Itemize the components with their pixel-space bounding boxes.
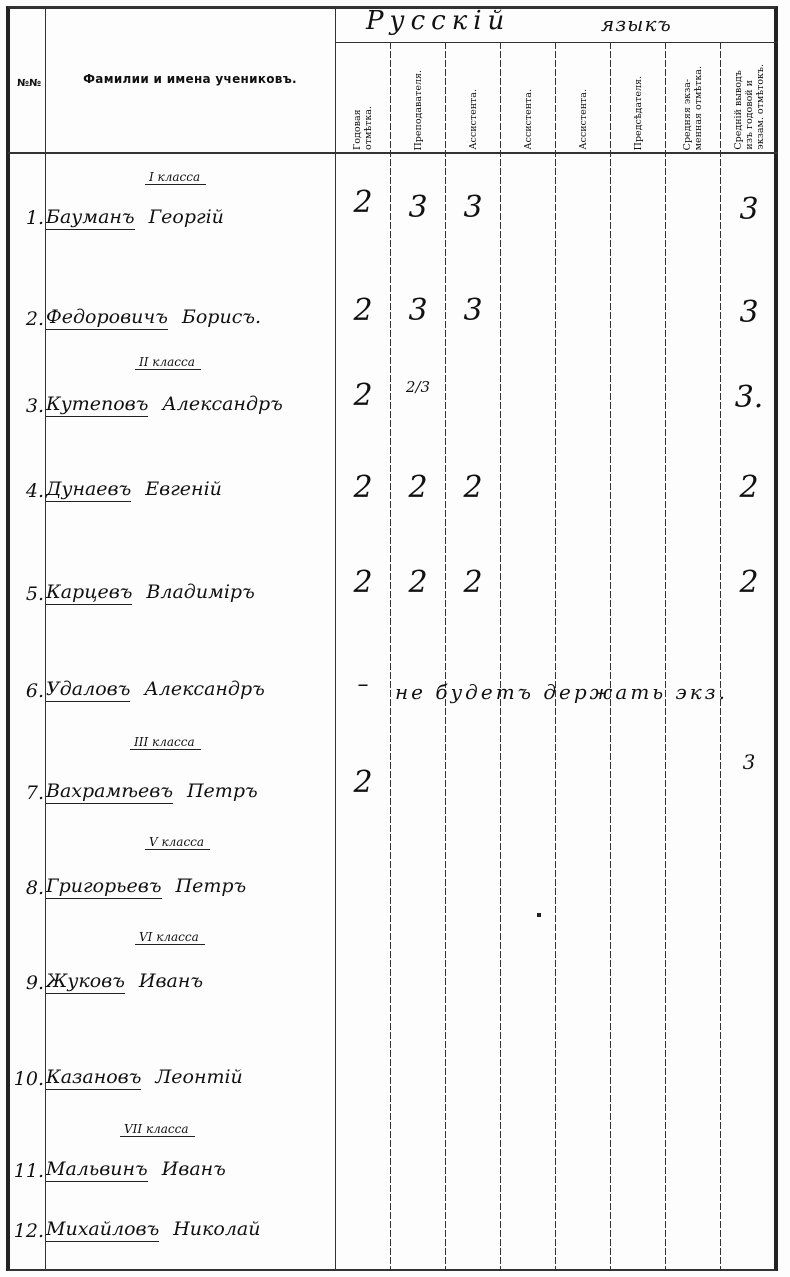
surname: Казановъ: [46, 1066, 141, 1090]
student-name: КарцевъВладиміръ: [46, 581, 255, 603]
grade-annual: –: [336, 672, 390, 697]
class-heading: V класса: [145, 835, 210, 850]
column-divider: [390, 42, 391, 1271]
grade-teacher-fraction: 2/3: [391, 380, 445, 394]
surname: Кутеповъ: [46, 393, 148, 417]
header-assistant-1: Ассистента.: [446, 44, 500, 150]
grade-final: 3: [722, 295, 776, 330]
student-name: ДунаевъЕвгеній: [46, 478, 222, 500]
student-name: БауманъГеоргій: [46, 206, 224, 228]
surname: Дунаевъ: [46, 478, 131, 502]
grade-annual: 2: [336, 765, 390, 800]
grade-annual: 2: [336, 378, 390, 413]
header-label: Ассистента.: [578, 89, 589, 150]
row-number: 4.: [10, 480, 44, 502]
class-heading: VI класса: [135, 930, 205, 945]
header-number-column: №№: [12, 78, 46, 89]
grade-teacher: 3: [391, 293, 445, 328]
surname: Григорьевъ: [46, 875, 162, 899]
header-label: Преподавателя.: [413, 70, 424, 151]
grade-annual: 2: [336, 293, 390, 328]
row-number: 11.: [10, 1160, 44, 1182]
surname: Бауманъ: [46, 206, 135, 230]
surname: Карцевъ: [46, 581, 132, 605]
row-number: 9.: [10, 972, 44, 994]
header-bottom-rule: [8, 152, 778, 154]
subject-title: Русскій языкъ: [336, 6, 778, 42]
row-number: 3.: [10, 395, 44, 417]
column-divider: [665, 42, 666, 1271]
row-number: 2.: [10, 308, 44, 330]
first-name: Владиміръ: [146, 581, 254, 603]
header-label: Среднiй выводъ изъ годовой и экзам. отмѣ…: [733, 64, 766, 150]
surname: Федоровичъ: [46, 306, 168, 330]
subject-word-2: языкъ: [601, 12, 672, 36]
header-label: Предсѣдателя.: [633, 76, 644, 150]
header-teacher: Преподавателя.: [391, 44, 445, 150]
student-name: КазановъЛеонтій: [46, 1066, 243, 1088]
grade-register-page: №№ Фамилии и имена учениковъ. Русскій яз…: [0, 0, 790, 1277]
grade-final: 3: [722, 192, 776, 227]
grade-annual: 2: [336, 565, 390, 600]
row-number: 10.: [10, 1068, 44, 1090]
subject-word-1: Русскій: [366, 6, 510, 36]
student-name: ВахрамѣевъПетръ: [46, 780, 258, 802]
subject-row-divider: [336, 42, 778, 43]
header-label: Средняя экза- менная отмѣтка.: [682, 66, 704, 150]
row-number: 1.: [10, 207, 44, 229]
row-number: 7.: [10, 782, 44, 804]
header-names-column: Фамилии и имена учениковъ.: [45, 72, 335, 86]
first-name: Александръ: [162, 393, 282, 415]
row-number: 8.: [10, 877, 44, 899]
grade-teacher: 2: [391, 565, 445, 600]
first-name: Иванъ: [139, 970, 203, 992]
student-name: ЖуковъИванъ: [46, 970, 203, 992]
first-name: Евгеній: [145, 478, 222, 500]
class-heading: III класса: [130, 735, 201, 750]
grade-assistant: 3: [446, 293, 500, 328]
column-divider: [610, 42, 611, 1271]
column-divider: [445, 42, 446, 1271]
grade-final: 3: [722, 750, 776, 774]
student-name: УдаловъАлександръ: [46, 678, 265, 700]
student-name: МихайловъНиколай: [46, 1218, 261, 1240]
first-name: Георгій: [149, 206, 224, 228]
class-heading: I класса: [145, 170, 206, 185]
student-name: ФедоровичъБорисъ.: [46, 306, 261, 328]
grade-assistant: 2: [446, 470, 500, 505]
header-label: Ассистента.: [523, 89, 534, 150]
header-assistant-3: Ассистента.: [556, 44, 610, 150]
header-assistant-2: Ассистента.: [501, 44, 555, 150]
column-divider: [500, 42, 501, 1271]
surname: Жуковъ: [46, 970, 125, 994]
grade-final: 2: [722, 470, 776, 505]
header-avg-exam-grade: Средняя экза- менная отмѣтка.: [666, 44, 720, 150]
student-name: КутеповъАлександръ: [46, 393, 283, 415]
grade-annual: 2: [336, 185, 390, 220]
student-note: не будетъ держать экз.: [395, 680, 728, 704]
row-number: 5.: [10, 583, 44, 605]
grade-final: 2: [722, 565, 776, 600]
grade-assistant: 2: [446, 565, 500, 600]
surname: Михайловъ: [46, 1218, 159, 1242]
header-final-average: Среднiй выводъ изъ годовой и экзам. отмѣ…: [721, 44, 777, 150]
student-name: МальвинъИванъ: [46, 1158, 226, 1180]
ink-speck: [537, 913, 541, 917]
grade-annual: 2: [336, 470, 390, 505]
first-name: Иванъ: [162, 1158, 226, 1180]
row-number: 12.: [10, 1220, 44, 1242]
row-number: 6.: [10, 680, 44, 702]
class-heading: VII класса: [120, 1122, 195, 1137]
header-label: Годовая отмѣтка.: [352, 106, 374, 150]
grade-teacher: 2: [391, 470, 445, 505]
surname: Вахрамѣевъ: [46, 780, 173, 804]
first-name: Леонтій: [155, 1066, 242, 1088]
grade-final: 3.: [722, 380, 776, 415]
grade-teacher: 3: [391, 190, 445, 225]
surname: Мальвинъ: [46, 1158, 148, 1182]
first-name: Петръ: [187, 780, 258, 802]
header-chairman: Предсѣдателя.: [611, 44, 665, 150]
first-name: Николай: [173, 1218, 260, 1240]
first-name: Александръ: [144, 678, 264, 700]
column-divider: [555, 42, 556, 1271]
column-divider: [720, 42, 721, 1271]
grade-assistant: 3: [446, 190, 500, 225]
header-annual-grade: Годовая отмѣтка.: [336, 44, 390, 150]
header-label: Ассистента.: [468, 89, 479, 150]
class-heading: II класса: [135, 355, 201, 370]
first-name: Петръ: [176, 875, 247, 897]
surname: Удаловъ: [46, 678, 130, 702]
student-name: ГригорьевъПетръ: [46, 875, 246, 897]
first-name: Борисъ.: [182, 306, 261, 328]
